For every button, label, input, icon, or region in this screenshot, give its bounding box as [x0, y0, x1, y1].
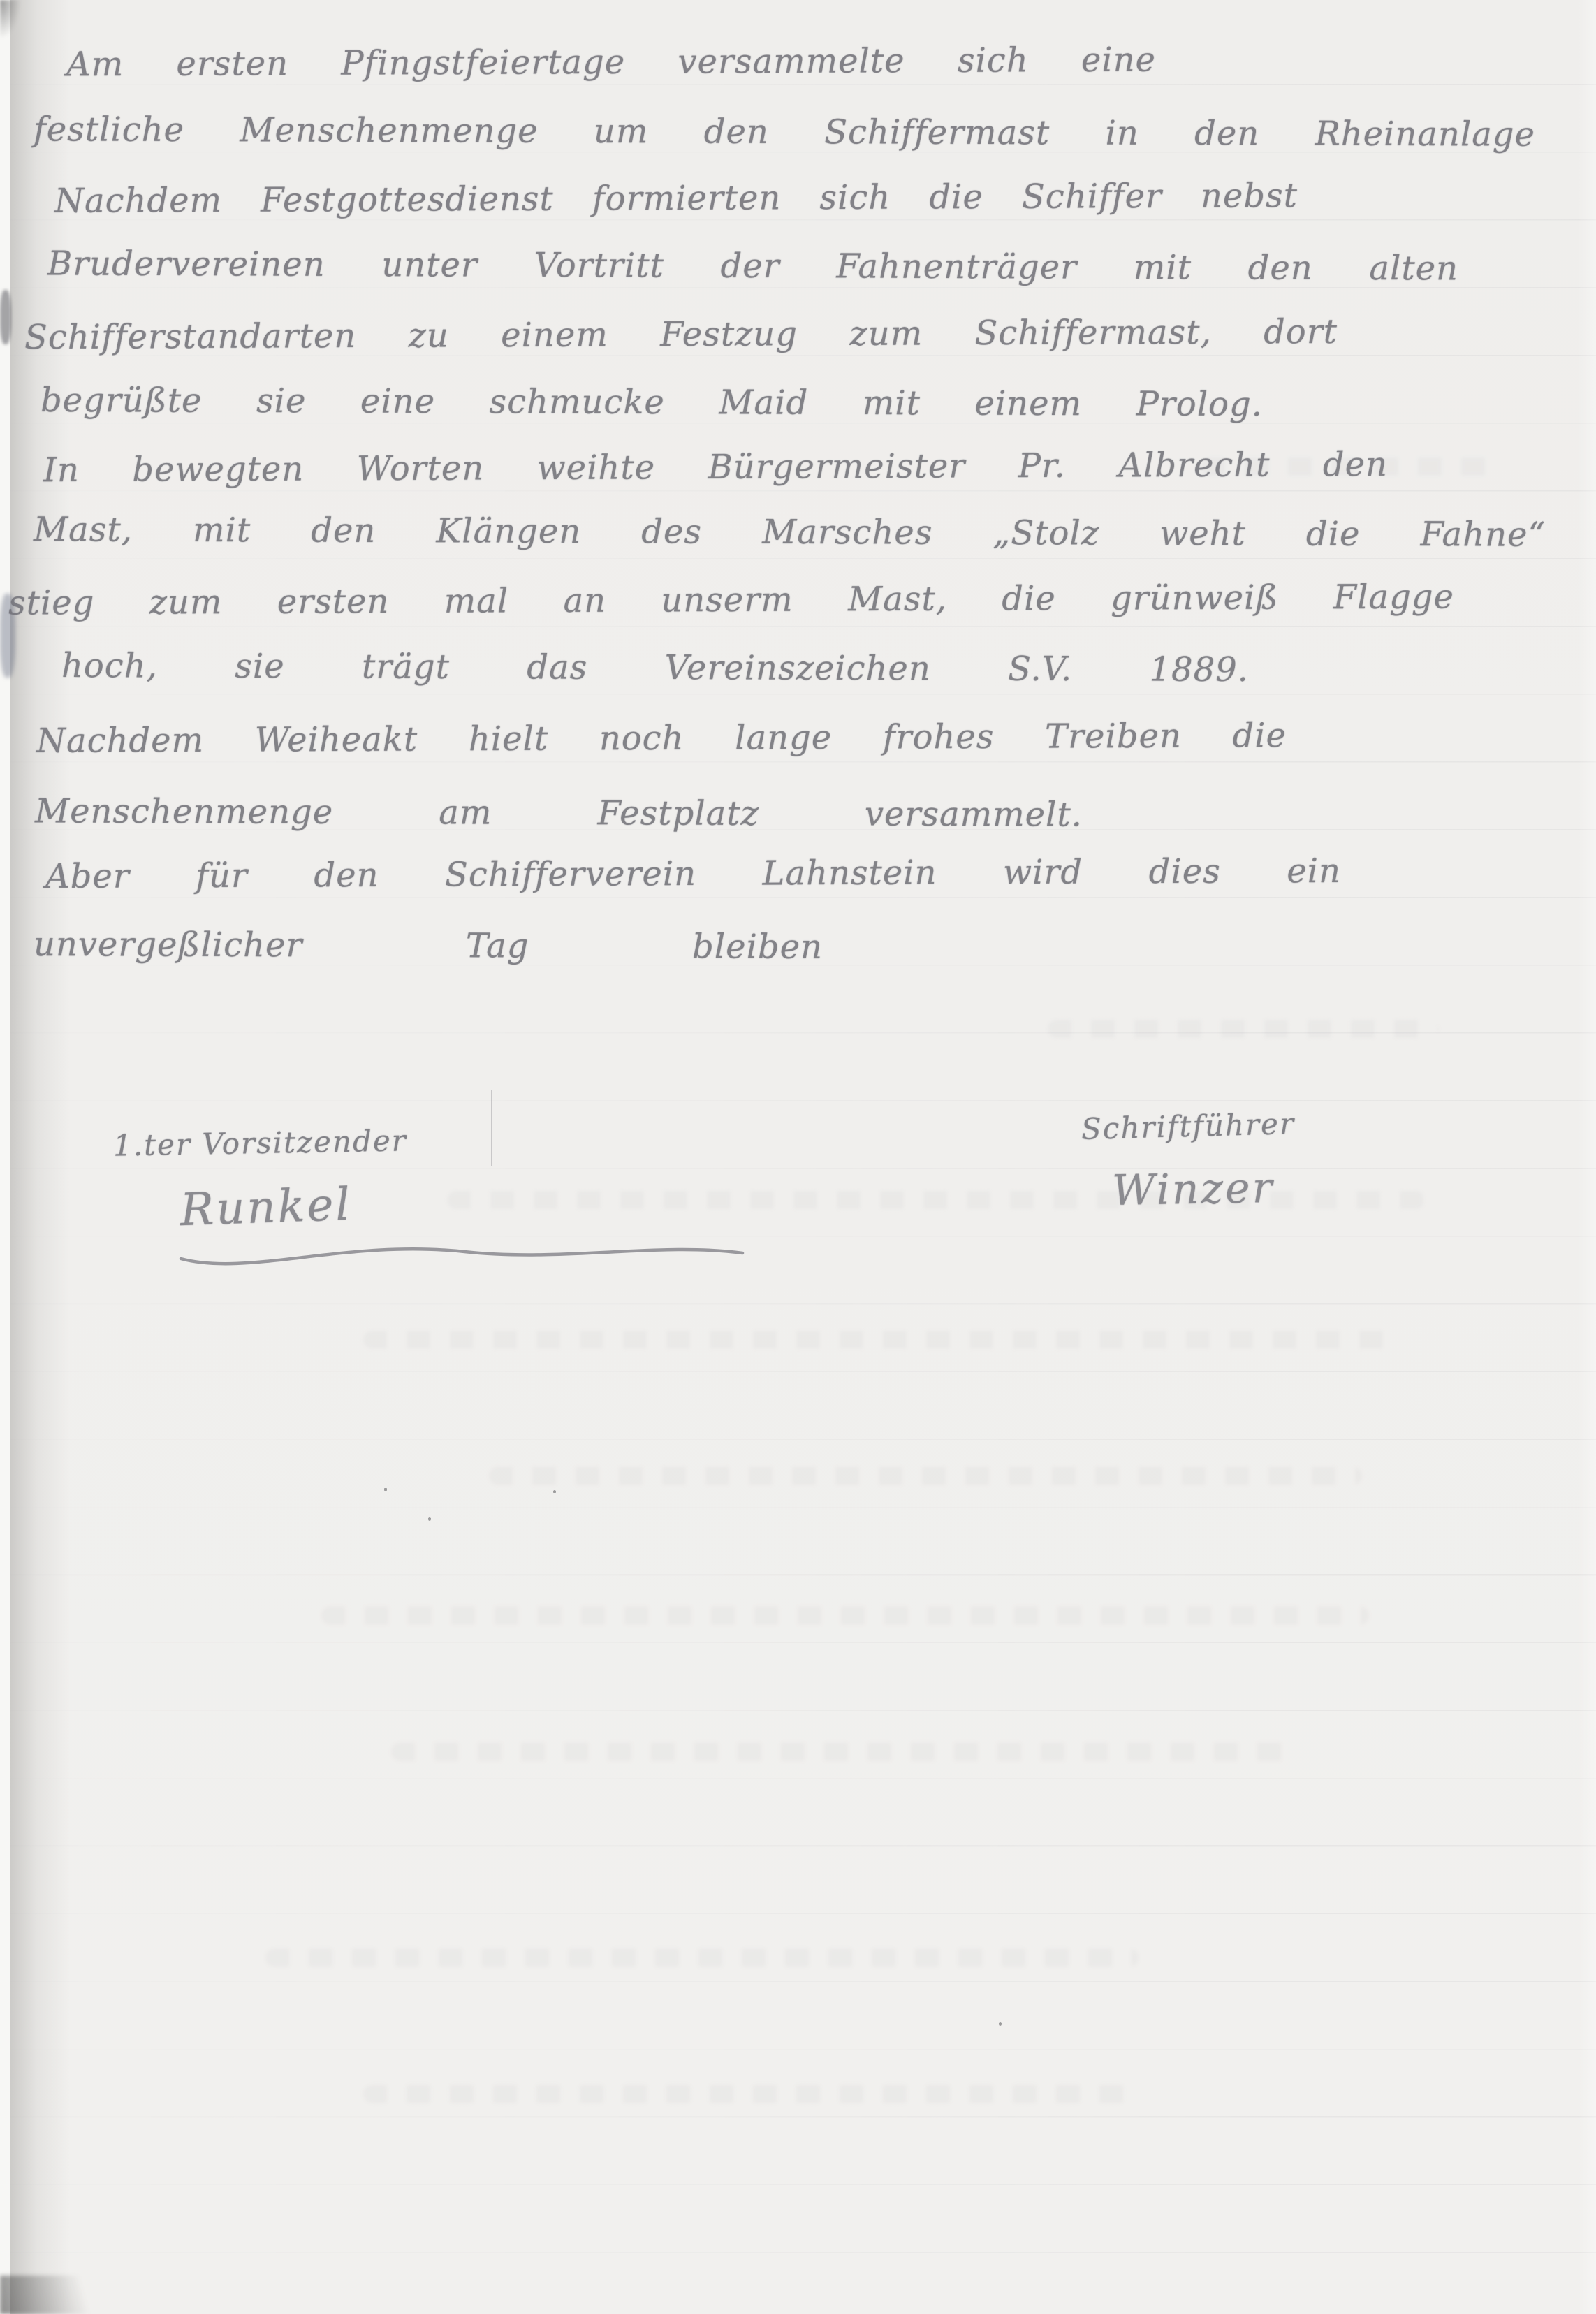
- bleed-through-ghost: [447, 1191, 1425, 1209]
- paper-speck: [999, 2022, 1002, 2026]
- paper-speck: [428, 1517, 431, 1521]
- corner-smudge-top-left: [0, 0, 21, 39]
- handwritten-line: festliche Menschenmenge um den Schifferm…: [34, 102, 1535, 162]
- handwritten-line: unvergeßlicher Tag bleiben: [34, 917, 823, 974]
- handwritten-line: Nachdem Festgottesdienst formierten sich…: [54, 168, 1298, 228]
- bleed-through-ghost: [363, 1331, 1397, 1349]
- scan-edge-left: [0, 0, 10, 2314]
- bleed-through-ghost: [391, 1743, 1299, 1761]
- handwritten-line: Mast, mit den Klängen des Marsches „Stol…: [34, 502, 1546, 562]
- handwritten-line: begrüßte sie eine schmucke Maid mit eine…: [41, 373, 1263, 432]
- paper-speck: [553, 1490, 556, 1493]
- scanned-page: Am ersten Pfingstfeiertage versammelte s…: [0, 0, 1596, 2314]
- handwritten-line: stieg zum ersten mal an unserm Mast, die…: [8, 569, 1454, 630]
- corner-smudge-bottom-left: [0, 2276, 119, 2314]
- handwritten-line: In bewegten Worten weihte Bürgermeister …: [43, 437, 1388, 497]
- paper-speck: [384, 1488, 387, 1491]
- handwritten-line: Am ersten Pfingstfeiertage versammelte s…: [66, 33, 1156, 92]
- signature-flourish: [171, 1228, 751, 1284]
- bleed-through-ghost: [265, 1949, 1139, 1967]
- bleed-through-ghost: [1048, 1020, 1439, 1038]
- edge-smudge: [0, 290, 11, 344]
- handwritten-line: hoch, sie trägt das Vereinszeichen S.V. …: [61, 638, 1249, 697]
- handwritten-line: Aber für den Schifferverein Lahnstein wi…: [45, 844, 1341, 904]
- handwritten-line: Schifferstandarten zu einem Festzug zum …: [24, 305, 1338, 365]
- signature-name-right: Winzer: [1111, 1164, 1274, 1215]
- bleed-through-ghost: [363, 2085, 1132, 2103]
- handwritten-line: Nachdem Weiheakt hielt noch lange frohes…: [36, 708, 1287, 768]
- bleed-through-ghost: [489, 1467, 1362, 1485]
- signature-role-right: Schriftführer: [1081, 1106, 1295, 1146]
- handwritten-line: Brudervereinen unter Vortritt der Fahnen…: [47, 236, 1458, 295]
- scan-edge-right: [1578, 0, 1596, 2314]
- handwritten-line: Menschenmenge am Festplatz versammelt.: [35, 784, 1083, 842]
- signature-role-left: 1.ter Vorsitzender: [113, 1123, 408, 1162]
- crease-mark: [491, 1090, 492, 1166]
- bleed-through-ghost: [321, 1606, 1369, 1625]
